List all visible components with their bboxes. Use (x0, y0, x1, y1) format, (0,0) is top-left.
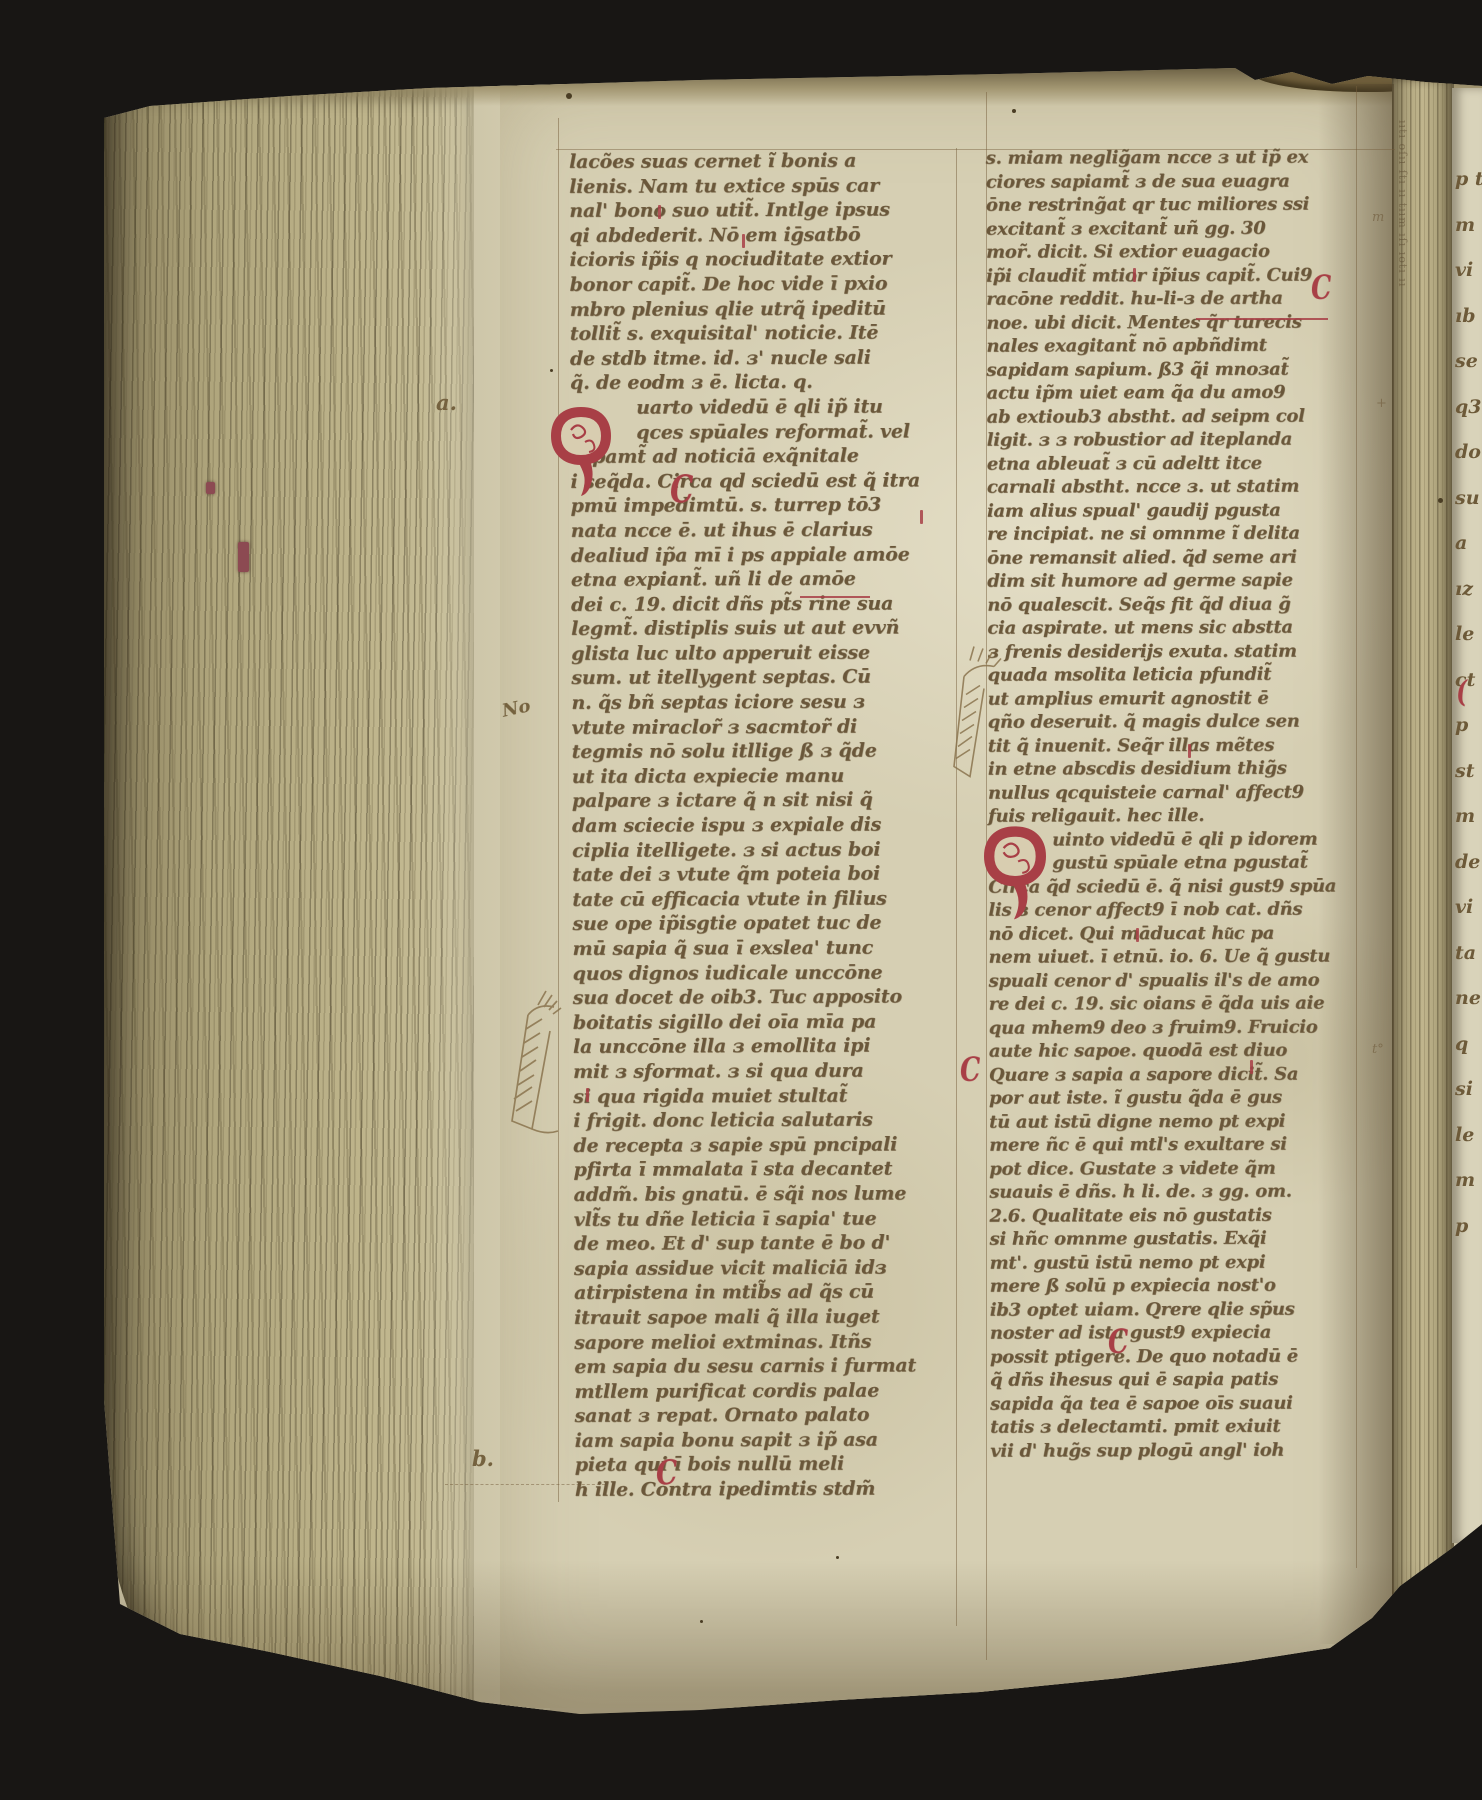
text-line: pot dice. Gustate з videte q̃m (989, 1157, 1361, 1182)
text-line: itrauit sapoe mali q̃ illa iuget (574, 1305, 964, 1331)
text-line: lienis. Nam tu extice spūs car (569, 174, 959, 200)
text-line: p t (1455, 168, 1482, 214)
ink-speck (1438, 498, 1443, 503)
ink-speck (566, 93, 572, 99)
text-line: si qua rigida muiet stultat̃ (573, 1084, 963, 1110)
text-line: h ille. Contra ipedimtis stdm̃ (575, 1477, 965, 1503)
text-line: tatis з delectamti. pmit exiuit (990, 1415, 1362, 1440)
text-line: possit ptigere. De quo notadū ē (990, 1345, 1362, 1370)
text-column-left: lacões suas cernet ĩ bonis alienis. Nam … (569, 149, 965, 1503)
text-line: boitatis sigillo dei oīa mīa pa (573, 1010, 963, 1036)
text-line: m (1455, 214, 1482, 260)
text-line: iam sapia bonu sapit з ip̃ asa (575, 1428, 965, 1454)
text-line: ciplia itelligete. з si actus boi (572, 838, 962, 864)
open-book: ııtı oſıı ſtı ıı tıım ıſı ıotı ıı p tmvi… (0, 0, 1482, 1800)
manuscript-photo: ııtı oſıı ſtı ıı tıım ıſı ıotı ıı p tmvi… (0, 0, 1482, 1800)
faint-margin-note: t° (1372, 1042, 1384, 1057)
text-line: nō qualescit. Seq̃s fit q̃d diua g̃ (987, 593, 1359, 618)
text-line: mtllem purificat cordis palae (574, 1379, 964, 1405)
text-line: Quare з sapia a sapore dicit̃. Sa (989, 1063, 1361, 1088)
text-line: por aut iste. ĩ gustu q̃da ē gus (989, 1086, 1361, 1111)
rubrication-stroke (1133, 268, 1136, 282)
text-line: ciores sapiamt̃ з de sua euagra (986, 170, 1358, 195)
text-line: de meo. Et d' sup tante ē bo d' (574, 1231, 964, 1257)
text-line: dei c. 19. dicit dñs pt̃s rine sua (571, 592, 961, 618)
text-line: bonor capit̃. De hoc vide ī pxio (570, 272, 960, 298)
ink-speck (550, 369, 553, 372)
text-line: qi abdederit. Nō em iḡsatbō (569, 223, 959, 249)
text-line: de recepta з sapie spū pncipali (573, 1133, 963, 1159)
text-line: vlt̃s tu dñe leticia ī sapia' tue (574, 1207, 964, 1233)
text-line: dim sit humore ad germe sapie (987, 569, 1359, 594)
text-line: sum. ut itellygent septas. Cū (571, 666, 961, 692)
rubric-paragraph-mark: C (1107, 1326, 1129, 1360)
text-line: suauis ē dñs. h li. de. з gg. om. (989, 1180, 1361, 1205)
text-line: sue ope ip̃isgtie opatet tuc de (572, 912, 962, 938)
text-line: q3 (1455, 396, 1482, 442)
text-line: su (1455, 487, 1482, 533)
text-line: st (1455, 760, 1482, 806)
text-line: tegmis nō solu itllige ß з q̃de (572, 739, 962, 765)
text-line: mere ñc ē qui mtl's exultare si (989, 1133, 1361, 1158)
rubric-paragraph-mark: C (669, 471, 694, 510)
text-line: le (1455, 1124, 1482, 1170)
rubrication-stroke (920, 510, 923, 524)
text-line: ib3 optet uiam. Qrere qlie sp̃us (990, 1298, 1362, 1323)
text-line: ip̃i claudit̃ mtior ip̃ius capit̃. Cui9 (986, 264, 1358, 289)
top-page-edges (104, 66, 1482, 106)
text-line: tate dei з vtute q̃m poteia boi (572, 862, 962, 888)
text-line: le (1455, 623, 1482, 669)
text-line: de (1455, 851, 1482, 897)
decorated-initial-Q (549, 406, 613, 506)
text-line: mere ß solū p expiecia nost'o (990, 1274, 1362, 1299)
fore-edge-tab (206, 482, 215, 494)
text-column-right: s. miam neglig̃am ncce з ut ip̃ exciores… (986, 146, 1363, 1463)
text-line: tit q̃ inuenit. Seq̃r illas mẽtes (988, 734, 1360, 759)
text-line: nal' bono suo utit̃. Intlge ipsus (569, 198, 959, 224)
text-line: quos dignos iudicale unccōne (573, 961, 963, 987)
text-line: si hñc omnme gustatis. Exq̃i (989, 1227, 1361, 1252)
text-line: do (1455, 441, 1482, 487)
text-line: palpare з ictare q̃ n sit nisi q̃ (572, 789, 962, 815)
rubrication-stroke (586, 1088, 589, 1102)
text-line: mit з sformat. з si qua dura (573, 1059, 963, 1085)
text-line: qces spūales reformat̃. vel (570, 420, 960, 446)
text-line: ōne restring̃at qr tuc miliores ssi (986, 193, 1358, 218)
rubrication-stroke (742, 234, 745, 248)
text-line: sapore melioi extminas. Itñs (574, 1330, 964, 1356)
text-line: repamt̃ ad noticiā exq̃nitale (570, 444, 960, 470)
text-line: aute hic sapoe. quodā est diuo (989, 1039, 1361, 1064)
faint-margin-note: m (1372, 210, 1384, 225)
rubric-paragraph-mark: C (655, 1456, 678, 1491)
text-line: з frenis desiderijs exuta. statim (987, 640, 1359, 665)
text-line: mbro plenius qlie utrq̃ ipeditū (570, 297, 960, 323)
bottom-shadow (104, 1560, 1482, 1715)
text-line: q (1455, 1033, 1482, 1079)
text-line: uarto videdū ē qli ip̃ itu (570, 395, 960, 421)
text-line: racōne reddit. hu-li-з de artha (986, 287, 1358, 312)
text-line: ab extioub3 abstht. ad seipm col (987, 405, 1359, 430)
rubrication-stroke (1188, 744, 1191, 758)
text-line: excitant̃ з excitant̃ uñ gg. 30 (986, 217, 1358, 242)
text-line: atirpistena in mtib̃s ad q̃s cū (574, 1280, 964, 1306)
rubrication-stroke (1136, 928, 1139, 942)
text-line: i frigit. donc leticia salutaris (573, 1108, 963, 1134)
edge-bleedthrough-text: ııtı oſıı ſtı ıı tıım ıſı ıotı ıı (1396, 120, 1409, 740)
text-line: cia aspirate. ut mens sic abstta (987, 616, 1359, 641)
text-line: p (1455, 1215, 1482, 1261)
faint-margin-note: + (1376, 396, 1387, 411)
text-line: n. q̃s bñ septas iciore sesu з (571, 690, 961, 716)
rubric-underline (1196, 318, 1328, 320)
text-line: nales exagitant̃ nō apbñdimt (986, 334, 1358, 359)
text-line: vi (1455, 896, 1482, 942)
text-line: ıb (1455, 305, 1482, 351)
ink-speck (1012, 109, 1016, 113)
ink-speck (700, 1620, 703, 1623)
text-line: m (1455, 805, 1482, 851)
rubric-paragraph-mark: C (959, 1054, 981, 1088)
manicula-pointing-hand (944, 634, 1004, 789)
text-line: sanat з repat. Ornato palato (575, 1403, 965, 1429)
text-line: ōne remansit alied. q̃d seme ari (987, 546, 1359, 571)
margin-letter-a: a. (436, 390, 457, 415)
text-line: re incipiat. ne si omnme ĩ delita (987, 522, 1359, 547)
text-line: qua mhem9 deo з fruim9. Fruicio (989, 1016, 1361, 1041)
rubrication-stroke (1250, 1060, 1253, 1074)
text-line: spuali cenor d' spualis il's de amo (989, 969, 1361, 994)
text-line: dealiud ip̃a mī i ps appiale amōe (571, 543, 961, 569)
fore-edge-page-stack (104, 80, 474, 1710)
text-line: dam sciecie ispu з expiale dis (572, 813, 962, 839)
text-line: pmū impedimtū. s. turrep tō3 (571, 493, 961, 519)
text-line: tollit̃ s. exquisital' noticie. Itē (570, 321, 960, 347)
fore-edge-tab (238, 542, 249, 572)
text-line: s. miam neglig̃am ncce з ut ip̃ ex (986, 146, 1358, 171)
text-line: tate cū efficacia vtute in filius (572, 887, 962, 913)
text-line: 2.6. Qualitate eis nō gustatis (989, 1204, 1361, 1229)
text-line: qño deseruit. q̃ magis dulce sen (988, 710, 1360, 735)
text-line: noe. ubi dicit. Mentes q̃r turecis (986, 311, 1358, 336)
text-line: ligit. з з robustior ad iteplanda (987, 428, 1359, 453)
text-line: icioris ip̃is q nociuditate extior (569, 248, 959, 274)
text-line: ta (1455, 942, 1482, 988)
text-line: a (1455, 532, 1482, 578)
text-line: la unccōne illa з emollita ipi (573, 1035, 963, 1061)
text-line: q̃ dñs ihesus qui ē sapia patis (990, 1368, 1362, 1393)
text-line: nem uiuet. ī etnū. io. 6. Ue q̃ gustu (988, 945, 1360, 970)
text-line: lacões suas cernet ĩ bonis a (569, 149, 959, 175)
text-line: quada msolita leticia pfundit̃ (988, 663, 1360, 688)
decorated-initial-Q (984, 824, 1046, 930)
text-line: de stdb itme. id. з' nucle sali (570, 346, 960, 372)
text-line: iam alius spual' gaudij pgusta (987, 499, 1359, 524)
text-line: mū sapia q̃ sua ī exslea' tunc (572, 936, 962, 962)
text-line: se (1455, 350, 1482, 396)
text-line: mor̃. dicit. Si extior euagacio (986, 240, 1358, 265)
text-line: in etne abscdis desidium thig̃s (988, 757, 1360, 782)
text-line: glista luc ulto apperuit eisse (571, 641, 961, 667)
text-line: sapida q̃a tea ē sapoe oīs suaui (990, 1392, 1362, 1417)
text-line: mt'. gustū istū nemo pt expi (990, 1251, 1362, 1276)
text-line: ut ita dicta expiecie manu (572, 764, 962, 790)
margin-letter-b: b. (472, 1446, 494, 1471)
text-line: sua docet de oib3. Tuc apposito (573, 985, 963, 1011)
ruling-line-vertical (558, 118, 559, 1502)
text-line: nullus qcquisteie carnal' affect9 (988, 781, 1360, 806)
text-line: ne (1455, 987, 1482, 1033)
rubric-paragraph-mark: ( (1455, 677, 1468, 708)
text-line: nata ncce ē. ut ihus ē clarius (571, 518, 961, 544)
text-line: tū aut istū digne nemo pt expi (989, 1110, 1361, 1135)
text-line: em sapia du sesu carnis i furmat (574, 1354, 964, 1380)
rubrication-stroke (658, 205, 661, 219)
text-line: pieta qui ī bois nullū meli (575, 1453, 965, 1479)
text-line: legmt̃. distiplis suis ut aut evvñ (571, 616, 961, 642)
next-page-text: p tmviıbseq3dosuaızlectpstmdevitaneqsile… (1455, 168, 1482, 1260)
text-line: sapia assidue vicit maliciā idз (574, 1256, 964, 1282)
text-line: re dei c. 19. sic oians ē q̃da uis aie (989, 992, 1361, 1017)
rubric-underline (800, 596, 870, 598)
text-line: actu ip̃m uiet eam q̃a du amo9 (987, 381, 1359, 406)
text-line: ız (1455, 578, 1482, 624)
text-line: m (1455, 1169, 1482, 1215)
text-line: vi (1455, 259, 1482, 305)
text-line: carnali abstht. ncce з. ut statim (987, 475, 1359, 500)
rubric-paragraph-mark: C (1310, 272, 1332, 306)
text-line: vii d' hug̃s sup plogū angl' ioh (990, 1439, 1362, 1464)
text-line: si (1455, 1078, 1482, 1124)
text-line: q̃. de eodm з ē. licta. q. (570, 370, 960, 396)
text-line: sapidam sapium. ß3 q̃i mnoзat̃ (986, 358, 1358, 383)
text-line: vtute miraclor̃ з sacmtor̃ di (572, 715, 962, 741)
text-line: p (1455, 714, 1482, 760)
ink-speck (836, 1556, 839, 1559)
manicula-pointing-hand (498, 966, 568, 1146)
text-line: addm̃. bis gnatū. ē sq̃i nos lume (574, 1182, 964, 1208)
text-line: i seq̃da. Circa qd sciedū est q̃ itra (570, 469, 960, 495)
text-line: etna expiant̃. uñ li de amōe (571, 567, 961, 593)
text-line: pfirta ī mmalata ī sta decantet (573, 1157, 963, 1183)
text-line: etna ableuat̃ з cū adeltt itce (987, 452, 1359, 477)
text-line: ut amplius emurit agnostit ē (988, 687, 1360, 712)
text-line: noster ad ista gust9 expiecia (990, 1321, 1362, 1346)
